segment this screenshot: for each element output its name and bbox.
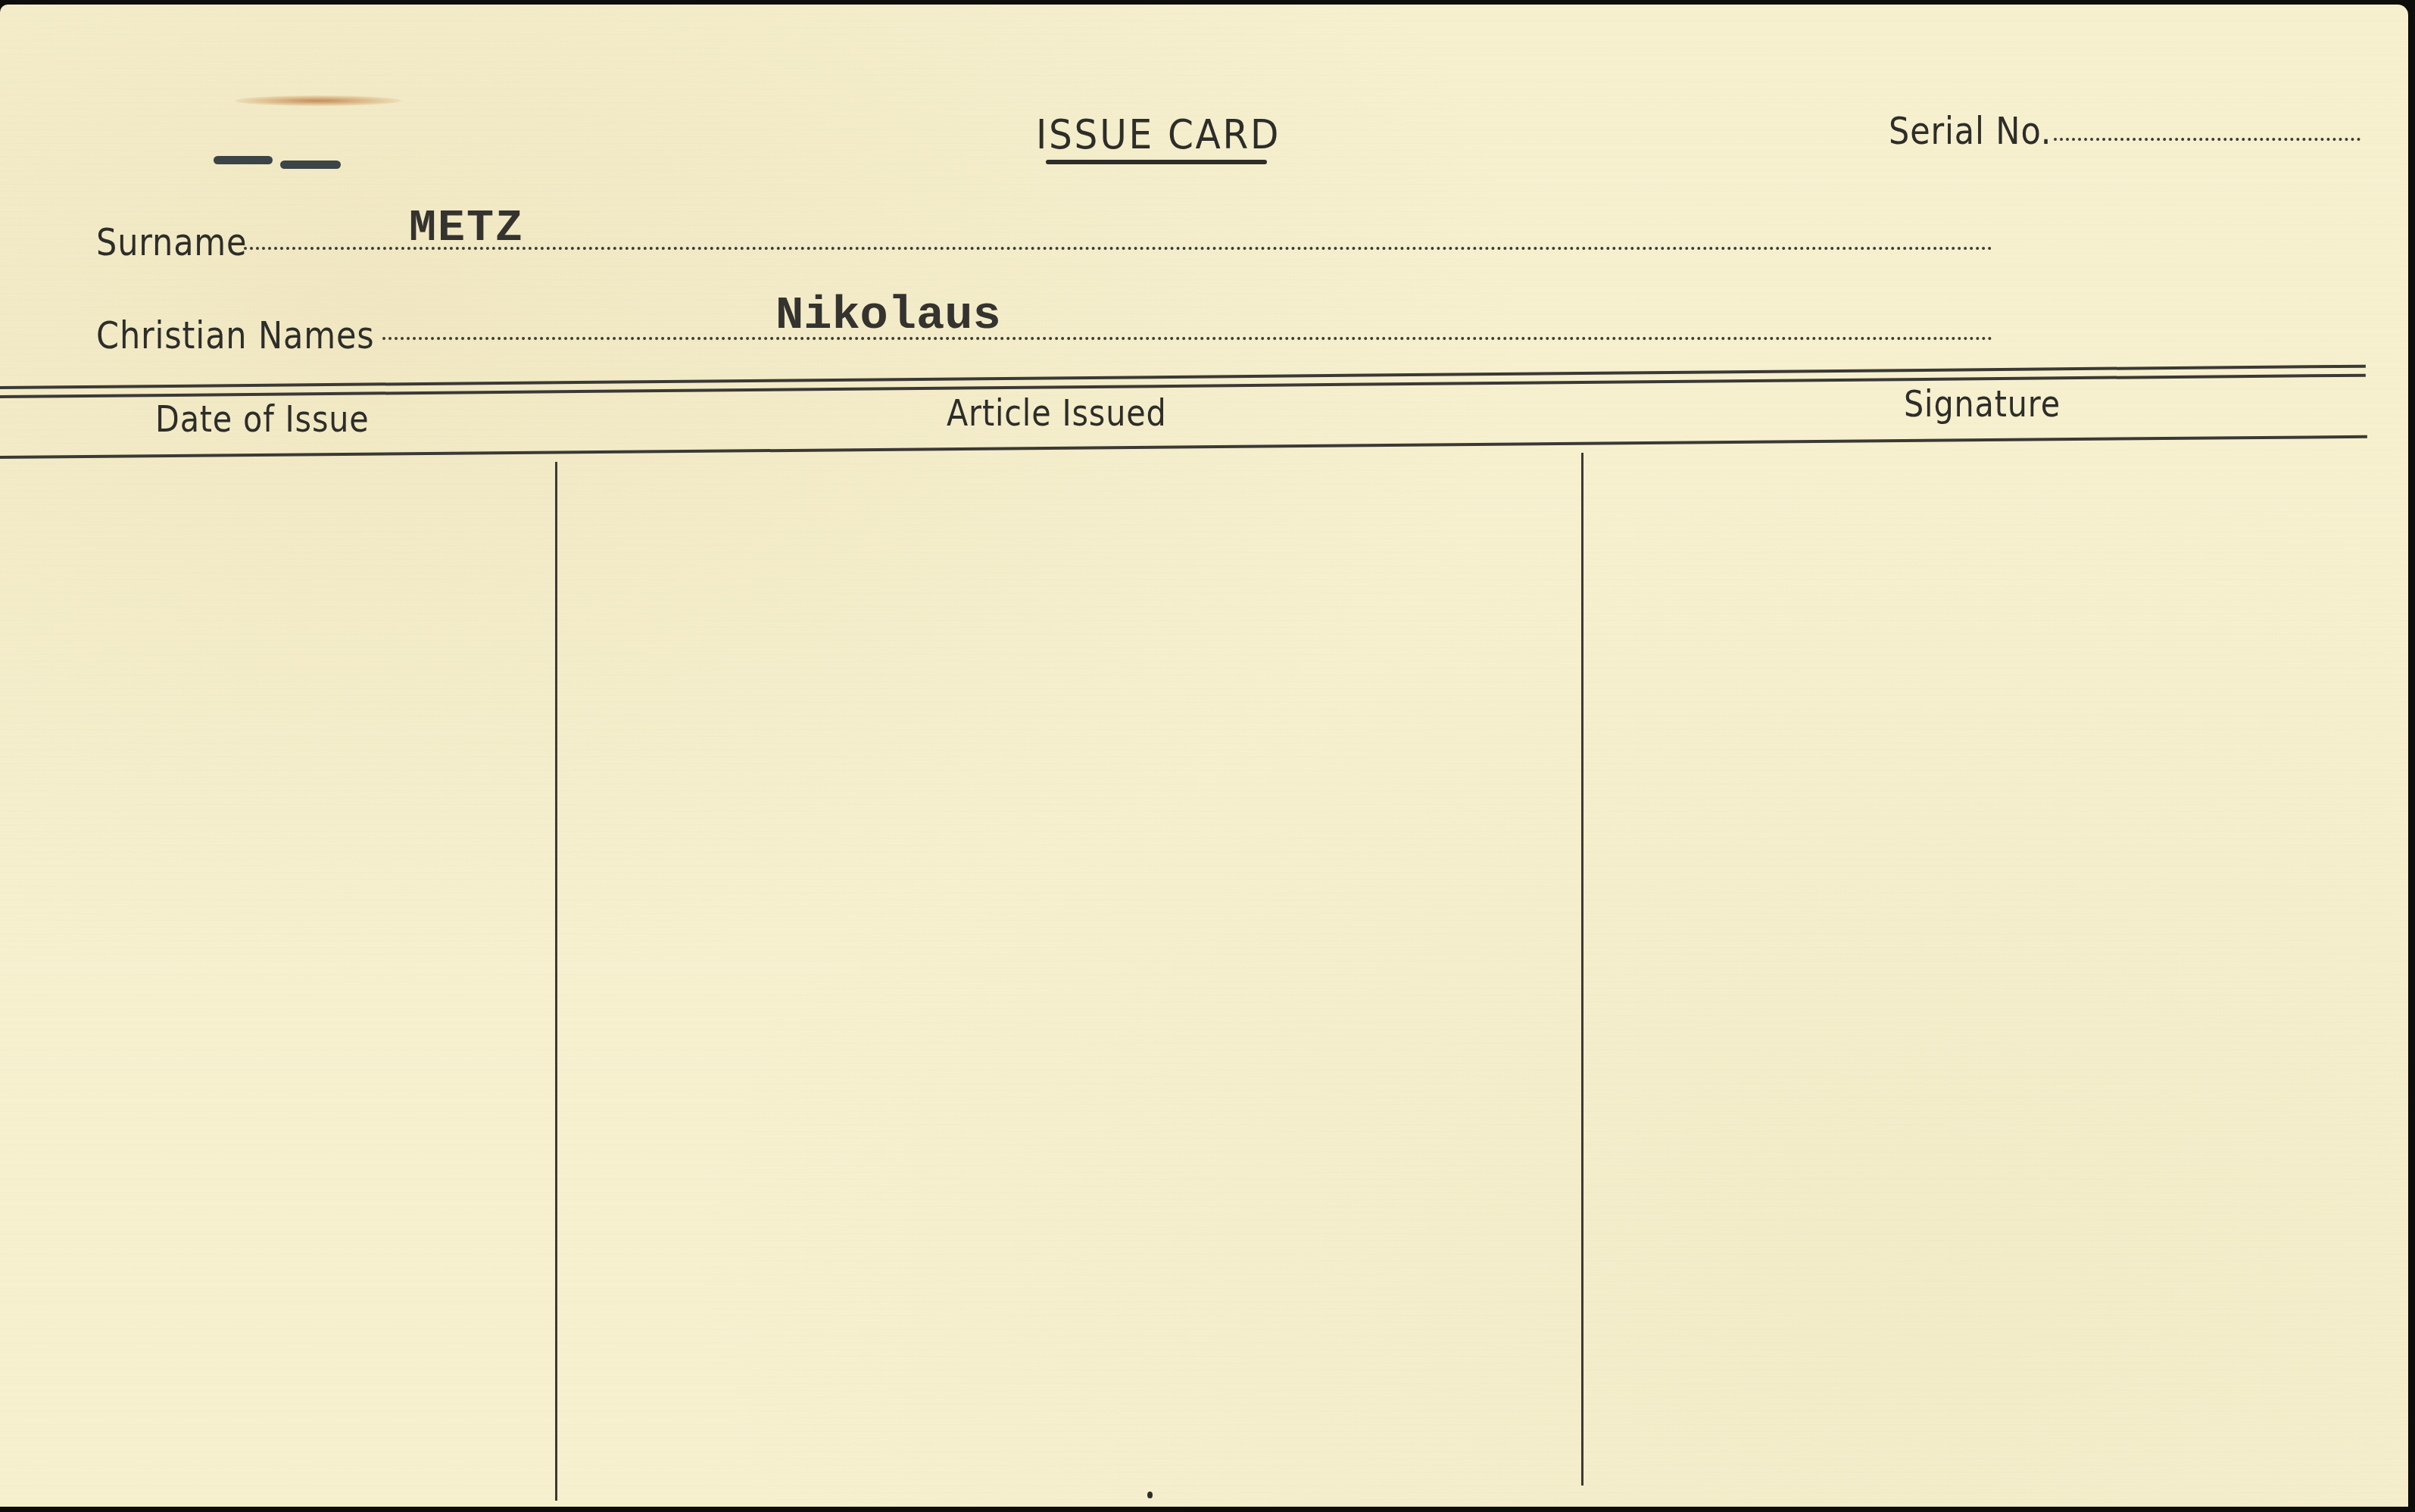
column-divider-2 — [1581, 453, 1583, 1486]
signature-column[interactable] — [1587, 455, 2367, 1485]
column-header-article-issued: Article Issued — [947, 392, 1167, 435]
rust-stain — [235, 95, 401, 106]
serial-no-field[interactable] — [2054, 138, 2360, 141]
christian-names-field[interactable] — [382, 337, 1993, 340]
column-header-signature: Signature — [1904, 383, 2061, 426]
christian-names-value: Nikolaus — [775, 288, 1001, 342]
date-of-issue-column[interactable] — [0, 466, 553, 1496]
staple-mark-left — [214, 156, 273, 164]
article-issued-column[interactable] — [560, 463, 1579, 1492]
title-underline — [1046, 160, 1267, 164]
staple-mark-right — [280, 161, 341, 169]
column-divider-1 — [555, 462, 557, 1501]
serial-no-label: Serial No. — [1889, 109, 2052, 153]
surname-label: Surname — [96, 220, 247, 264]
issue-card: ISSUE CARD Serial No. Surname METZ Chris… — [0, 5, 2408, 1507]
column-header-date-of-issue: Date of Issue — [155, 398, 370, 441]
card-title: ISSUE CARD — [1036, 111, 1281, 158]
christian-names-label: Christian Names — [96, 313, 375, 357]
ink-speck — [1147, 1492, 1153, 1498]
surname-field[interactable] — [244, 247, 1993, 250]
